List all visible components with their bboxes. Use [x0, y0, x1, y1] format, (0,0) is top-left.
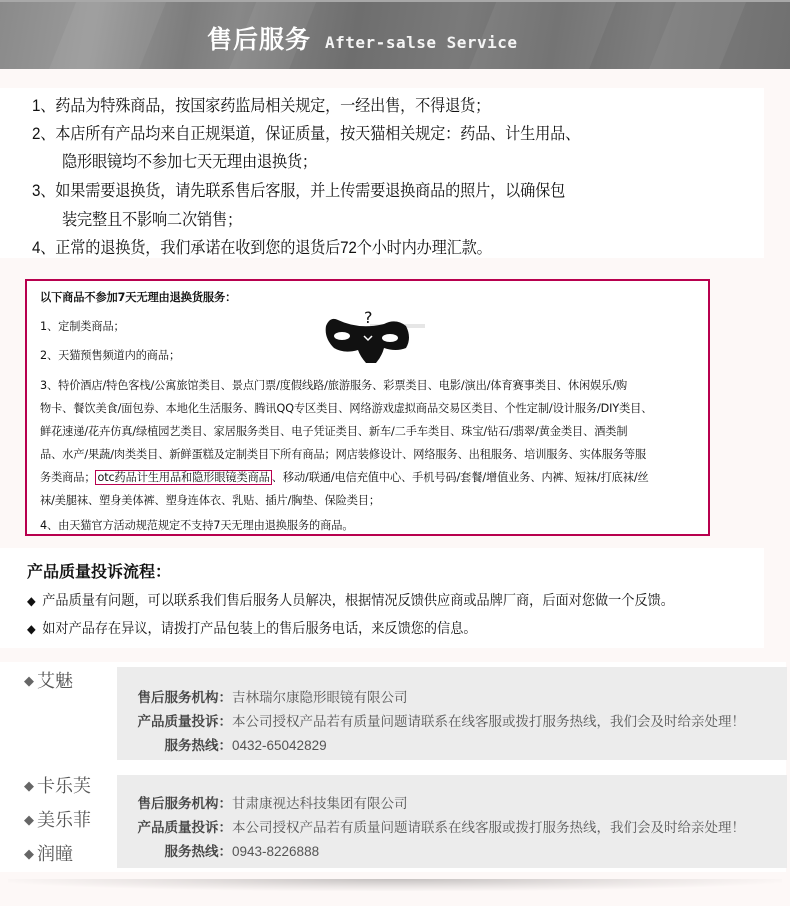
hotline-value[interactable]: 0432-65042829: [232, 738, 327, 753]
exclusion-item: 务类商品；otc药品计生用品和隐形眼镜类商品、移动/联通/电信充值中心、手机号码…: [40, 469, 649, 485]
exclusion-item: 1、定制类商品；: [40, 318, 125, 334]
header-banner: 售后服务 After-salse Service: [0, 0, 790, 69]
banner-title-en: After-salse Service: [325, 33, 518, 52]
institution-label: 售后服务机构：: [117, 686, 232, 706]
highlighted-category: otc药品计生用品和隐形眼镜类商品: [95, 470, 271, 485]
institution-row: 售后服务机构：甘肃康视达科技集团有限公司: [117, 792, 787, 812]
institution-label: 售后服务机构：: [117, 792, 232, 812]
rule-line: 装完整且不影响二次销售；: [62, 206, 242, 230]
exclusion-item: 袜/美腿袜、塑身美体裤、塑身连体衣、乳贴、插片/胸垫、保险类目；: [40, 492, 380, 508]
exclusion-item: 鲜花速递/花卉仿真/绿植园艺类目、家居服务类目、电子凭证类目、新车/二手车类目、…: [40, 423, 627, 439]
complaint-row: 产品质量投诉：本公司授权产品若有质量问题请联系在线客服或拨打服务热线，我们会及时…: [117, 710, 787, 730]
svg-text:?: ?: [364, 308, 373, 327]
exclusion-item: 2、天猫预售频道内的商品；: [40, 347, 180, 363]
exclusion-item: 物卡、餐饮美食/面包券、本地化生活服务、腾讯QQ专区类目、网络游戏虚拟商品交易区…: [40, 400, 652, 416]
banner-title-cn: 售后服务: [207, 20, 311, 56]
brand-label: 美乐菲: [37, 810, 91, 830]
diamond-bullet-icon: ◆: [24, 673, 34, 688]
exclusion-item: 4、由天猫官方活动规范规定不支持7天无理由退换服务的商品。: [40, 517, 353, 533]
tmall-cat-icon: ?: [324, 308, 424, 363]
brand-name: ◆艾魅: [24, 667, 73, 693]
banner-title: 售后服务 After-salse Service: [207, 20, 518, 56]
brand-name: ◆美乐菲: [24, 806, 91, 832]
complaint-title: 产品质量投诉流程：: [27, 559, 171, 582]
exclusion-text: 、移动/联通/电信充值中心、手机号码/套餐/增值业务、内裤、短袜/打底袜/丝: [272, 471, 649, 484]
diamond-bullet-icon: ◆: [27, 594, 36, 608]
complaint-item: ◆产品质量有问题，可以联系我们售后服务人员解决，根据情况反馈供应商或品牌厂商，后…: [27, 590, 674, 610]
hotline-row: 服务热线：0432-65042829: [117, 734, 787, 754]
complaint-label: 产品质量投诉：: [117, 816, 232, 836]
banner-stripe: [640, 0, 750, 69]
brand-name: ◆卡乐芙: [24, 772, 91, 798]
diamond-bullet-icon: ◆: [27, 622, 36, 636]
bottom-shadow-divider: [8, 879, 782, 891]
institution-row: 售后服务机构：吉林瑞尔康隐形眼镜有限公司: [117, 686, 787, 706]
hotline-label: 服务热线：: [117, 734, 232, 754]
complaint-label: 产品质量投诉：: [117, 710, 232, 730]
complaint-value: 本公司授权产品若有质量问题请联系在线客服或拨打服务热线，我们会及时给亲处理！: [232, 820, 745, 835]
diamond-bullet-icon: ◆: [24, 778, 34, 793]
exclusion-text: 务类商品；: [40, 471, 95, 484]
exclusions-title: 以下商品不参加7天无理由退换货服务：: [40, 289, 236, 305]
return-policy-rules: 1、药品为特殊商品，按国家药监局相关规定，一经出售，不得退货； 2、本店所有产品…: [0, 88, 764, 258]
diamond-bullet-icon: ◆: [24, 846, 34, 861]
complaint-row: 产品质量投诉：本公司授权产品若有质量问题请联系在线客服或拨打服务热线，我们会及时…: [117, 816, 787, 836]
rule-line: 2、本店所有产品均来自正规渠道，保证质量，按天猫相关规定：药品、计生用品、: [32, 120, 580, 144]
brand-info-box: 售后服务机构：甘肃康视达科技集团有限公司 产品质量投诉：本公司授权产品若有质量问…: [117, 775, 787, 868]
hotline-value[interactable]: 0943-8226888: [232, 844, 319, 859]
exclusion-item: 品、水产/果蔬/肉类类目、新鲜蛋糕及定制类目下所有商品；网店装修设计、网络服务、…: [40, 446, 646, 462]
diamond-bullet-icon: ◆: [24, 812, 34, 827]
rule-line: 4、正常的退换货，我们承诺在收到您的退货后72个小时内办理汇款。: [32, 234, 492, 258]
exclusions-box: 以下商品不参加7天无理由退换货服务： 1、定制类商品； 2、天猫预售频道内的商品…: [25, 279, 710, 536]
brand-name: ◆润瞳: [24, 840, 73, 866]
brand-label: 艾魅: [37, 671, 73, 691]
rule-line: 隐形眼镜均不参加七天无理由退换货；: [62, 148, 317, 172]
exclusion-item: 3、特价酒店/特色客栈/公寓旅馆类目、景点门票/度假线路/旅游服务、彩票类目、电…: [40, 377, 627, 393]
complaint-item: ◆如对产品存在异议，请拨打产品包装上的售后服务电话，来反馈您的信息。: [27, 618, 477, 638]
brand-label: 卡乐芙: [37, 776, 91, 796]
brand-info-box: 售后服务机构：吉林瑞尔康隐形眼镜有限公司 产品质量投诉：本公司授权产品若有质量问…: [117, 667, 787, 760]
institution-value: 甘肃康视达科技集团有限公司: [232, 796, 408, 811]
banner-stripe: [40, 0, 170, 69]
complaint-process: 产品质量投诉流程： ◆产品质量有问题，可以联系我们售后服务人员解决，根据情况反馈…: [0, 548, 764, 648]
institution-value: 吉林瑞尔康隐形眼镜有限公司: [232, 690, 408, 705]
complaint-value: 本公司授权产品若有质量问题请联系在线客服或拨打服务热线，我们会及时给亲处理！: [232, 714, 745, 729]
complaint-text: 产品质量有问题，可以联系我们售后服务人员解决，根据情况反馈供应商或品牌厂商，后面…: [42, 592, 674, 608]
rule-line: 1、药品为特殊商品，按国家药监局相关规定，一经出售，不得退货；: [32, 92, 490, 116]
brand-service-section: ◆艾魅 售后服务机构：吉林瑞尔康隐形眼镜有限公司 产品质量投诉：本公司授权产品若…: [0, 662, 786, 872]
hotline-row: 服务热线：0943-8226888: [117, 840, 787, 860]
hotline-label: 服务热线：: [117, 840, 232, 860]
complaint-text: 如对产品存在异议，请拨打产品包装上的售后服务电话，来反馈您的信息。: [42, 620, 476, 636]
rule-line: 3、如果需要退换货，请先联系售后客服，并上传需要退换商品的照片，以确保包: [32, 177, 565, 201]
brand-label: 润瞳: [37, 844, 73, 864]
